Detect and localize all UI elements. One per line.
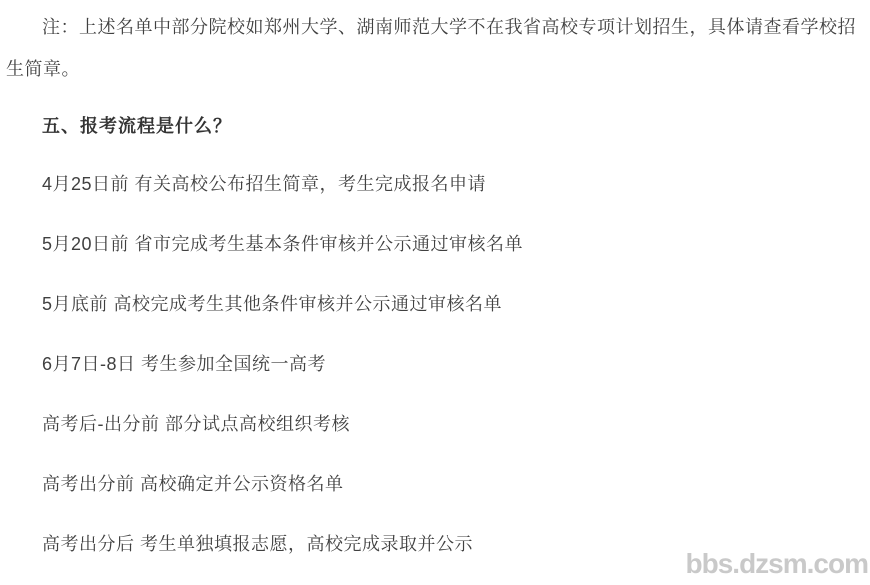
article-body: 注：上述名单中部分院校如郑州大学、湖南师范大学不在我省高校专项计划招生，具体请查…	[0, 0, 870, 565]
site-watermark: bbs.dzsm.com	[686, 548, 868, 580]
step-paragraph-1: 4月25日前 有关高校公布招生简章，考生完成报名申请	[6, 163, 860, 205]
step-paragraph-3: 5月底前 高校完成考生其他条件审核并公示通过审核名单	[6, 283, 860, 325]
note-paragraph: 注：上述名单中部分院校如郑州大学、湖南师范大学不在我省高校专项计划招生，具体请查…	[6, 6, 860, 90]
section-heading: 五、报考流程是什么？	[6, 105, 860, 147]
step-paragraph-5: 高考后-出分前 部分试点高校组织考核	[6, 403, 860, 445]
step-paragraph-6: 高考出分前 高校确定并公示资格名单	[6, 463, 860, 505]
step-paragraph-4: 6月7日-8日 考生参加全国统一高考	[6, 343, 860, 385]
step-paragraph-2: 5月20日前 省市完成考生基本条件审核并公示通过审核名单	[6, 223, 860, 265]
